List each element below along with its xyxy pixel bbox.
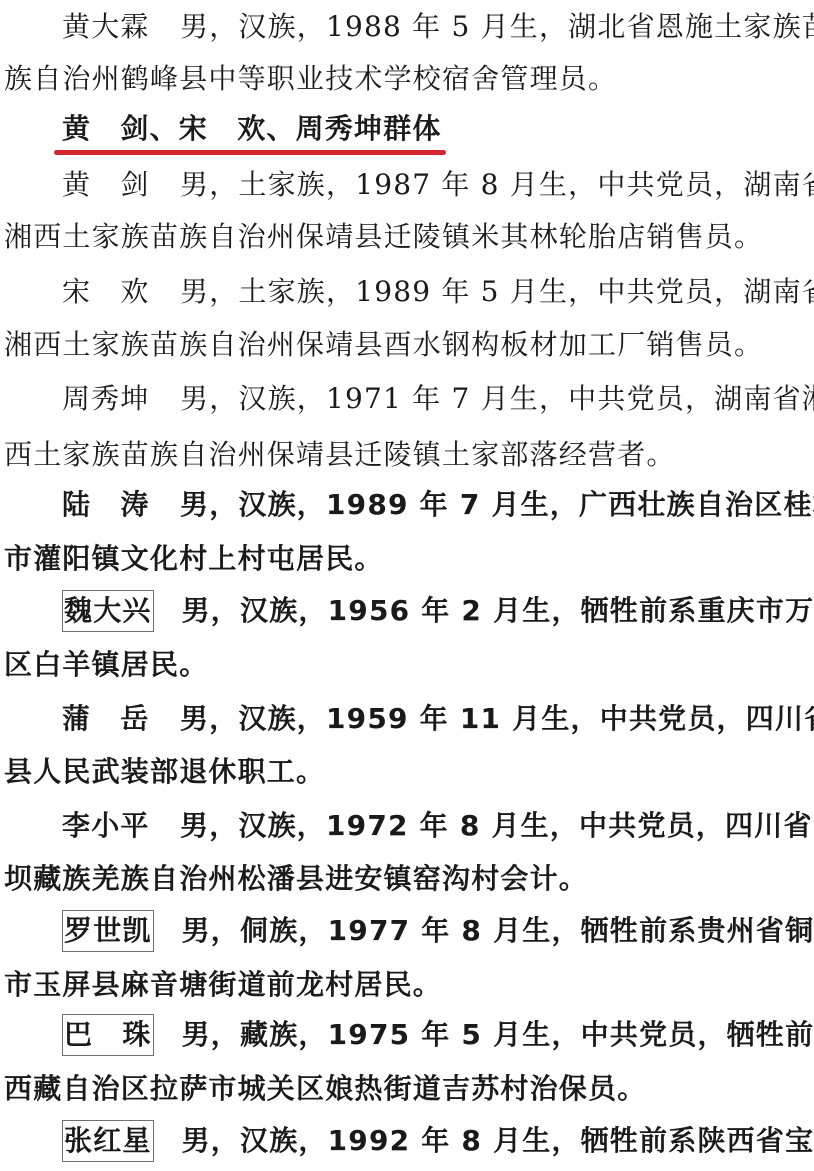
person-name-boxed: 魏大兴 [62, 590, 154, 632]
entry-first-line: 巴 珠男，藏族，1975 年 5 月生，中共党员，牺牲前系 [62, 1008, 814, 1062]
entry-text: 男，汉族，1992 年 8 月生，牺牲前系陕西省宝鸡 [182, 1124, 814, 1157]
entry-first-line: 蒲 岳男，汉族，1959 年 11 月生，中共党员，四川省渠 [62, 692, 814, 746]
entry-continuation: 湘西土家族苗族自治州保靖县酉水钢构板材加工厂销售员。 [4, 318, 814, 372]
entry-first-line: 张红星男，汉族，1992 年 8 月生，牺牲前系陕西省宝鸡 [62, 1114, 814, 1168]
entry-continuation: 市玉屏县麻音塘街道前龙村居民。 [4, 958, 814, 1012]
group-heading: 黄 剑、宋 欢、周秀坤群体 [62, 102, 814, 156]
entry-text: 男，汉族，1956 年 2 月生，牺牲前系重庆市万州 [182, 594, 814, 627]
person-name-boxed: 张红星 [62, 1120, 154, 1162]
entry-text: 男，侗族，1977 年 8 月生，牺牲前系贵州省铜仁 [182, 914, 814, 947]
entry-continuation: 市灌阳镇文化村上村屯居民。 [4, 532, 814, 586]
entry-first-line: 魏大兴男，汉族，1956 年 2 月生，牺牲前系重庆市万州 [62, 584, 814, 638]
person-name: 黄大霖 [62, 0, 152, 54]
person-name-boxed: 巴 珠 [62, 1014, 154, 1056]
red-underline [54, 150, 446, 155]
person-name: 陆 涛 [62, 478, 152, 532]
entry-first-line: 李小平男，汉族，1972 年 8 月生，中共党员，四川省阿 [62, 799, 814, 853]
entry-continuation: 坝藏族羌族自治州松潘县进安镇窑沟村会计。 [4, 852, 814, 906]
entry-text: 男，汉族，1988 年 5 月生，湖北省恩施土家族苗 [180, 10, 814, 43]
person-name: 蒲 岳 [62, 692, 152, 746]
entry-first-line: 宋 欢男，土家族，1989 年 5 月生，中共党员，湖南省 [62, 265, 814, 319]
entry-text: 男，汉族，1971 年 7 月生，中共党员，湖南省湘 [180, 382, 814, 415]
entry-continuation: 湘西土家族苗族自治州保靖县迁陵镇米其林轮胎店销售员。 [4, 210, 814, 264]
entry-continuation: 族自治州鹤峰县中等职业技术学校宿舍管理员。 [4, 52, 814, 106]
entry-text: 男，汉族，1989 年 7 月生，广西壮族自治区桂林 [180, 488, 814, 521]
entry-continuation: 西土家族苗族自治州保靖县迁陵镇土家部落经营者。 [4, 428, 814, 482]
entry-continuation: 西藏自治区拉萨市城关区娘热街道吉苏村治保员。 [4, 1062, 814, 1116]
entry-text: 男，汉族，1959 年 11 月生，中共党员，四川省渠 [180, 702, 814, 735]
person-name: 黄 剑 [62, 158, 152, 212]
entry-text: 男，藏族，1975 年 5 月生，中共党员，牺牲前系 [182, 1018, 814, 1051]
entry-text: 男，土家族，1987 年 8 月生，中共党员，湖南省 [180, 168, 814, 201]
person-name: 宋 欢 [62, 265, 152, 319]
entry-first-line: 周秀坤男，汉族，1971 年 7 月生，中共党员，湖南省湘 [62, 372, 814, 426]
entry-continuation: 县人民武装部退休职工。 [4, 745, 814, 799]
person-name-boxed: 罗世凯 [62, 910, 154, 952]
entry-first-line: 罗世凯男，侗族，1977 年 8 月生，牺牲前系贵州省铜仁 [62, 904, 814, 958]
entry-text: 男，土家族，1989 年 5 月生，中共党员，湖南省 [180, 275, 814, 308]
entry-text: 男，汉族，1972 年 8 月生，中共党员，四川省阿 [180, 809, 814, 842]
entry-first-line: 陆 涛男，汉族，1989 年 7 月生，广西壮族自治区桂林 [62, 478, 814, 532]
entry-first-line: 黄 剑男，土家族，1987 年 8 月生，中共党员，湖南省 [62, 158, 814, 212]
person-name: 李小平 [62, 799, 152, 853]
entry-first-line: 黄大霖男，汉族，1988 年 5 月生，湖北省恩施土家族苗 [62, 0, 814, 54]
person-name: 周秀坤 [62, 372, 152, 426]
entry-continuation: 区白羊镇居民。 [4, 638, 814, 692]
